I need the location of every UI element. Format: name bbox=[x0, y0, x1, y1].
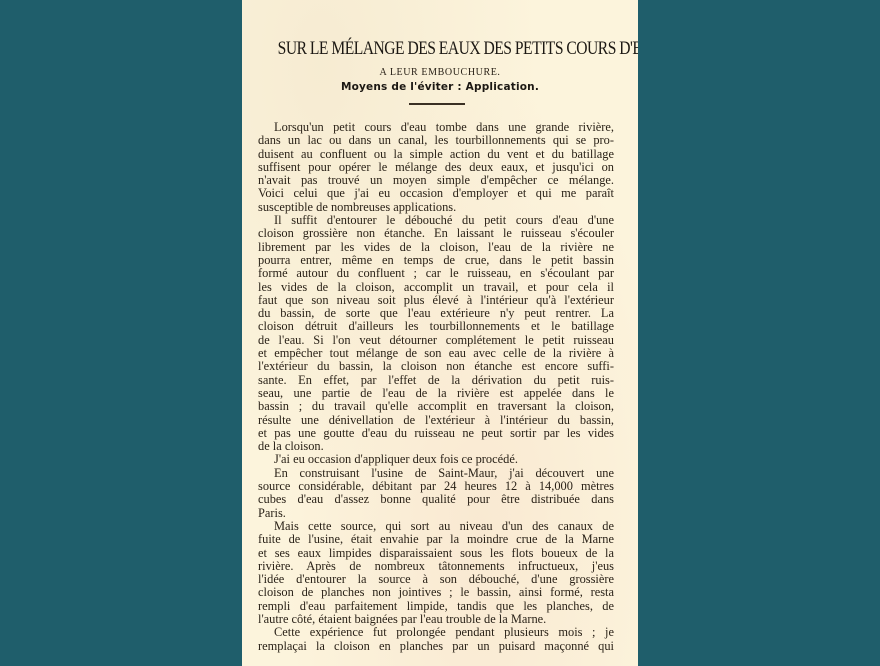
body-text: Lorsqu'un petit cours d'eau tombe dans u… bbox=[258, 121, 614, 653]
document-subtitle: A LEUR EMBOUCHURE. bbox=[242, 67, 638, 78]
text-line: l'extérieur du bassin, la cloison non ét… bbox=[258, 360, 614, 373]
text-line: En construisant l'usine de Saint-Maur, j… bbox=[258, 467, 614, 480]
text-line: et ses eaux limpides disparaissaient sou… bbox=[258, 547, 614, 560]
text-line: remplaçai la cloison en planches par un … bbox=[258, 640, 614, 653]
text-line: Lorsqu'un petit cours d'eau tombe dans u… bbox=[258, 121, 614, 134]
text-line: formé autour du confluent ; car le ruiss… bbox=[258, 267, 614, 280]
text-line: Paris. bbox=[258, 507, 614, 520]
text-line: librement par les vides de la cloison, l… bbox=[258, 241, 614, 254]
text-line: cloison détruit d'ailleurs les tourbillo… bbox=[258, 320, 614, 333]
text-line: Mais cette source, qui sort au niveau d'… bbox=[258, 520, 614, 533]
title-divider bbox=[409, 103, 465, 105]
text-line: pourra entrer, même en temps de crue, da… bbox=[258, 254, 614, 267]
text-line: Il suffit d'entourer le débouché du peti… bbox=[258, 214, 614, 227]
text-line: cloison de planches non jointives ; le b… bbox=[258, 586, 614, 599]
text-line: n'avait pas trouvé un moyen simple d'emp… bbox=[258, 174, 614, 187]
text-line: duisent au confluent ou la simple action… bbox=[258, 148, 614, 161]
text-line: fuite de l'usine, était envahie par la m… bbox=[258, 533, 614, 546]
text-line: résulte une dénivellation de l'extérieur… bbox=[258, 414, 614, 427]
scanned-page: SUR LE MÉLANGE DES EAUX DES PETITS COURS… bbox=[242, 0, 638, 666]
document-title: SUR LE MÉLANGE DES EAUX DES PETITS COURS… bbox=[278, 38, 603, 60]
text-line: l'autre côté, étaient baignées par l'eau… bbox=[258, 613, 614, 626]
text-line: cubes d'eau d'assez bonne qualité pour ê… bbox=[258, 493, 614, 506]
text-line: source considérable, débitant par 24 heu… bbox=[258, 480, 614, 493]
text-line: J'ai eu occasion d'appliquer deux fois c… bbox=[258, 453, 614, 466]
text-line: rempli d'eau parfaitement limpide, tandi… bbox=[258, 600, 614, 613]
text-line: et empêcher tout mélange de son eau avec… bbox=[258, 347, 614, 360]
text-line: de l'eau. Si l'on veut détourner complét… bbox=[258, 334, 614, 347]
text-line: l'idée d'entourer la source à son débouc… bbox=[258, 573, 614, 586]
text-line: suffisent pour opérer le mélange des deu… bbox=[258, 161, 614, 174]
text-line: de la cloison. bbox=[258, 440, 614, 453]
text-line: les vides de la cloison, accomplit un tr… bbox=[258, 281, 614, 294]
text-line: sante. En effet, par l'effet de la dériv… bbox=[258, 374, 614, 387]
text-line: Cette expérience fut prolongée pendant p… bbox=[258, 626, 614, 639]
text-line: du bassin, de sorte que l'eau extérieure… bbox=[258, 307, 614, 320]
text-line: cloison grossière non étanche. En laissa… bbox=[258, 227, 614, 240]
text-line: et pas une goutte d'eau du ruisseau ne p… bbox=[258, 427, 614, 440]
text-line: seau, une partie de l'eau de la rivière … bbox=[258, 387, 614, 400]
text-line: faut que son niveau soit plus élevé à l'… bbox=[258, 294, 614, 307]
text-line: dans un lac ou dans un canal, les tourbi… bbox=[258, 134, 614, 147]
text-line: bassin ; du travail qu'elle accomplit en… bbox=[258, 400, 614, 413]
text-line: Voici celui que j'ai eu occasion d'emplo… bbox=[258, 187, 614, 200]
document-section-heading: Moyens de l'éviter : Application. bbox=[242, 81, 638, 93]
text-line: susceptible de nombreuses applications. bbox=[258, 201, 614, 214]
text-line: rivière. Après de nombreux tâtonnements … bbox=[258, 560, 614, 573]
